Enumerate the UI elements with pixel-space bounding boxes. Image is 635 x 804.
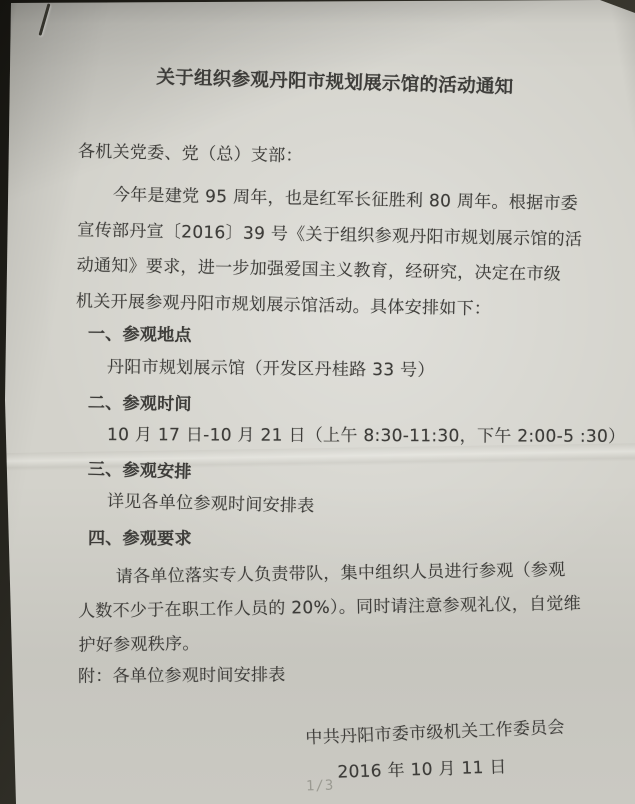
section-3-heading: 三、参观安排 (88, 455, 192, 483)
photo-background: 关于组织参观丹阳市规划展示馆的活动通知 各机关党委、党（总）支部： 今年是建党 … (0, 0, 635, 804)
issuer-signature: 中共丹阳市委市级机关工作委员会 (300, 712, 571, 748)
section-1-body: 丹阳市规划展示馆（开发区丹桂路 33 号） (107, 352, 435, 380)
section-4-body: 请各单位落实专人负责带队，集中组织人员进行参观（参观 人数不少于在职工作人员的 … (77, 553, 559, 663)
salutation: 各机关党委、党（总）支部： (78, 137, 303, 167)
paper-sheet: 关于组织参观丹阳市规划展示馆的活动通知 各机关党委、党（总）支部： 今年是建党 … (0, 0, 635, 804)
attachment-note: 附：各单位参观时间安排表 (78, 660, 286, 686)
intro-paragraph: 今年是建党 95 周年，也是红军长征胜利 80 周年。根据市委 宣传部丹宣〔20… (76, 177, 559, 328)
section-4-line: 护好参观秩序。 (78, 621, 558, 663)
page-number: 1/3 (306, 778, 335, 795)
notice-title: 关于组织参观丹阳市规划展示馆的活动通知 (130, 62, 541, 99)
section-1-heading: 一、参观地点 (88, 319, 192, 346)
section-2-heading: 二、参观时间 (88, 388, 192, 415)
issue-date: 2016 年 10 月 11 日 (312, 752, 533, 784)
section-2-body: 10 月 17 日-10 月 21 日（上午 8:30-11:30，下午 2:0… (107, 420, 626, 447)
section-3-body: 详见各单位参观时间安排表 (107, 486, 315, 516)
section-4-heading: 四、参观要求 (88, 524, 192, 550)
